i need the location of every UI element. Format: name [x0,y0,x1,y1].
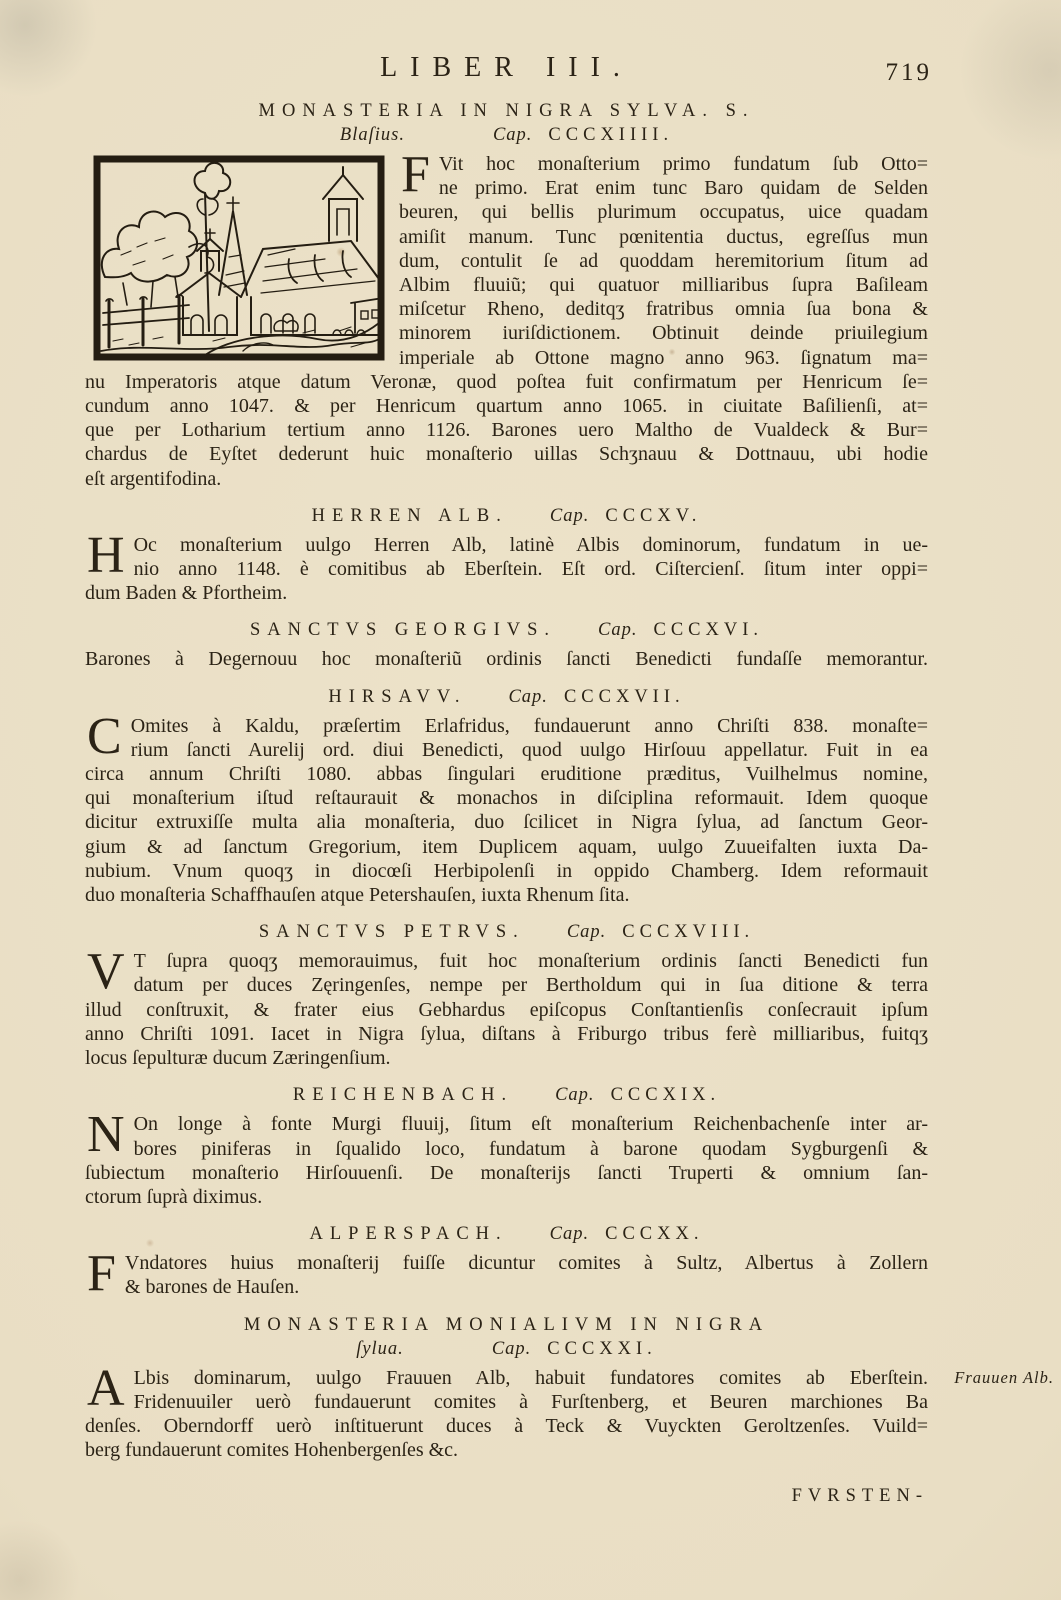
section-herren-alb: HERREN ALB.Cap.CCCXV. H Oc monaſterium u… [85,504,928,606]
chapter-number: CCCXV. [605,506,701,526]
paragraph: F Vit hoc monaſterium primo fundatum ſub… [399,152,928,370]
section-sanctus-georgius: SANCTVS GEORGIVS.Cap.CCCXVI. Barones à D… [85,618,928,671]
paragraph: A Frauuen Alb. Lbis dominarum, uulgo Fra… [85,1366,928,1463]
section-subtitle: ſylua. [356,1339,404,1359]
text-line: illud conſtruxit, & frater eius Gebhardu… [85,998,928,1022]
chapter-label: Cap. [598,620,637,640]
section-reichenbach: REICHENBACH.Cap.CCCXIX. N On longe à fon… [85,1083,928,1209]
paragraph: N On longe à fonte Murgi fluuij, ſitum e… [85,1112,928,1209]
text-line: bores piniferas in ſqualido loco, fundat… [85,1137,928,1161]
running-title: LIBER III. [380,52,633,83]
section-hirsauu: HIRSAVV.Cap.CCCXVII. C Omites à Kaldu, p… [85,685,928,908]
paragraph: H Oc monaſterium uulgo Herren Alb, latin… [85,533,928,606]
paragraph: nu Imperatoris atque datum Veronæ, quod … [85,370,928,491]
section-title: HERREN ALB. [312,506,508,526]
drop-cap: V [85,949,134,992]
section-heading: REICHENBACH.Cap.CCCXIX. [85,1083,928,1107]
text-line: nubium. Vnum quoqʒ in diocœſi Herbipolen… [85,859,928,883]
section-title: SANCTVS PETRVS. [259,922,525,942]
section-heading: HIRSAVV.Cap.CCCXVII. [85,685,928,709]
text-line: Vit hoc monaſterium primo fundatum ſub O… [399,152,928,176]
text-block: LIBER III. 719 MONASTERIA IN NIGRA SYLVA… [85,50,928,1507]
text-line: nu Imperatoris atque datum Veronæ, quod … [85,370,928,394]
text-line: T ſupra quoqʒ memorauimus, fuit hoc mona… [85,949,928,973]
chapter-label: Cap. [550,1224,589,1244]
catchword: FVRSTEN- [85,1486,928,1507]
text-line: Oc monaſterium uulgo Herren Alb, latinè … [85,533,928,557]
text-line: que per Lotharium tertium anno 1126. Bar… [85,418,928,442]
section-monialium: MONASTERIA MONIALIVM IN NIGRA ſylua.Cap.… [85,1313,928,1463]
section-s-blasius: MONASTERIA IN NIGRA SYLVA. S. Blaſius.Ca… [85,99,928,491]
section-title: HIRSAVV. [328,687,466,707]
chapter-label: Cap. [492,1339,531,1359]
text-line: nio anno 1148. è comitibus ab Eberſtein.… [85,557,928,581]
text-line: chardus de Eyſtet dederunt huic monaſter… [85,442,928,466]
text-line: & barones de Hauſen. [85,1275,928,1299]
text-line: Albim fluuiũ; qui quatuor milliaribus ſu… [399,273,928,297]
section-subtitle: Blaſius. [340,125,405,145]
text-line: imperiale ab Ottone magno anno 963. ſign… [399,346,928,370]
section-sanctus-petrus: SANCTVS PETRVS.Cap.CCCXVIII. V T ſupra q… [85,920,928,1070]
text-line: minorem iuriſdictionem. Obtinuit deinde … [399,321,928,345]
chapter-label: Cap. [493,125,532,145]
paragraph: F Vndatores huius monaſterij fuiſſe dicu… [85,1251,928,1299]
section-heading: MONASTERIA MONIALIVM IN NIGRA ſylua.Cap.… [85,1313,928,1361]
monastery-woodcut-illustration [93,155,385,362]
chapter-label: Cap. [567,922,606,942]
text-line: Vndatores huius monaſterij fuiſſe dicunt… [85,1251,928,1275]
section-title: MONASTERIA IN NIGRA SYLVA. S. [85,99,928,123]
section-heading: MONASTERIA IN NIGRA SYLVA. S. Blaſius.Ca… [85,99,928,147]
text-line: locus ſepulturæ ducum Zæringenſium. [85,1046,928,1070]
margin-note: Frauuen Alb. [954,1368,1054,1388]
section-alperspach: ALPERSPACH.Cap.CCCXX. F Vndatores huius … [85,1222,928,1299]
text-line: Fridenuuiler uerò fundauerunt comites à … [85,1390,928,1414]
section-heading: SANCTVS GEORGIVS.Cap.CCCXVI. [85,618,928,642]
text-line: dum, contulit ſe ad quoddam heremitorium… [399,249,928,273]
text-line: dum Baden & Pfortheim. [85,581,928,605]
chapter-number: CCCXVII. [564,687,685,707]
text-line: gium & ad ſanctum Gregorium, item Duplic… [85,835,928,859]
running-head: LIBER III. 719 [85,50,928,86]
text-line: ſubiectum monaſterio Hirſouuenſi. De mon… [85,1161,928,1185]
drop-cap: A [85,1366,134,1409]
chapter-number: CCCXIX. [611,1085,721,1105]
section-title: MONASTERIA MONIALIVM IN NIGRA [85,1313,928,1337]
paragraph: V T ſupra quoqʒ memorauimus, fuit hoc mo… [85,949,928,1070]
woodcut-scene [93,155,385,362]
text-line: cundum anno 1047. & per Henricum quartum… [85,394,928,418]
section-title: REICHENBACH. [293,1085,513,1105]
text-line: amiſit manum. Tunc pœnitentia ductus, eg… [399,225,928,249]
section-heading: HERREN ALB.Cap.CCCXV. [85,504,928,528]
text-line: Omites à Kaldu, præſertim Erlafridus, fu… [85,714,928,738]
page-number: 719 [886,55,933,91]
text-line: ctorum ſuprà diximus. [85,1185,928,1209]
chapter-label: Cap. [555,1085,594,1105]
chapter-number: CCCXX. [605,1224,703,1244]
text-line: Barones à Degernouu hoc monaſteriũ ordin… [85,647,928,671]
drop-cap: F [85,1251,125,1294]
text-line: eſt argentifodina. [85,467,928,491]
drop-cap: N [85,1112,134,1155]
chapter-number: CCCXVIII. [622,922,754,942]
section-title: SANCTVS GEORGIVS. [250,620,556,640]
chapter-label: Cap. [508,687,547,707]
chapter-number: CCCXXI. [547,1339,657,1359]
text-line: Lbis dominarum, uulgo Frauuen Alb, habui… [85,1366,928,1390]
drop-cap: H [85,533,134,576]
text-line: denſes. Oberndorff uerò inſtituerunt duc… [85,1414,928,1438]
section-heading: ALPERSPACH.Cap.CCCXX. [85,1222,928,1246]
text-line: beuren, qui bellis plurimum occupatus, u… [399,200,928,224]
paragraph: C Omites à Kaldu, præſertim Erlafridus, … [85,714,928,908]
section-title: ALPERSPACH. [310,1224,508,1244]
text-line: duo monaſteria Schaffhauſen atque Peters… [85,883,928,907]
text-line: circa annum Chriſti 1080. abbas ſingular… [85,762,928,786]
text-line: ne primo. Erat enim tunc Baro quidam de … [399,176,928,200]
text-line: datum per duces Zęringenſes, nempe per B… [85,973,928,997]
chapter-number: CCCXVI. [654,620,764,640]
text-line: On longe à fonte Murgi fluuij, ſitum eſt… [85,1112,928,1136]
text-line: dicitur extruxiſſe multa alia monaſteria… [85,810,928,834]
text-line: qui monaſterium iſtud reſtaurauit & mona… [85,786,928,810]
text-line: miſcetur Rheno, deditqʒ fratribus omnia … [399,297,928,321]
text-line: rium ſancti Aurelij ord. diui Benedicti,… [85,738,928,762]
chapter-label: Cap. [550,506,589,526]
text-line: anno Chriſti 1091. Iacet in Nigra ſylua,… [85,1022,928,1046]
chapter-number: CCCXIIII. [548,125,673,145]
section-heading: SANCTVS PETRVS.Cap.CCCXVIII. [85,920,928,944]
text-line: berg fundauerunt comites Hohenbergenſes … [85,1438,928,1462]
drop-cap: F [399,152,439,195]
paragraph: Barones à Degernouu hoc monaſteriũ ordin… [85,647,928,671]
book-page: LIBER III. 719 MONASTERIA IN NIGRA SYLVA… [0,0,1061,1600]
drop-cap: C [85,714,131,757]
